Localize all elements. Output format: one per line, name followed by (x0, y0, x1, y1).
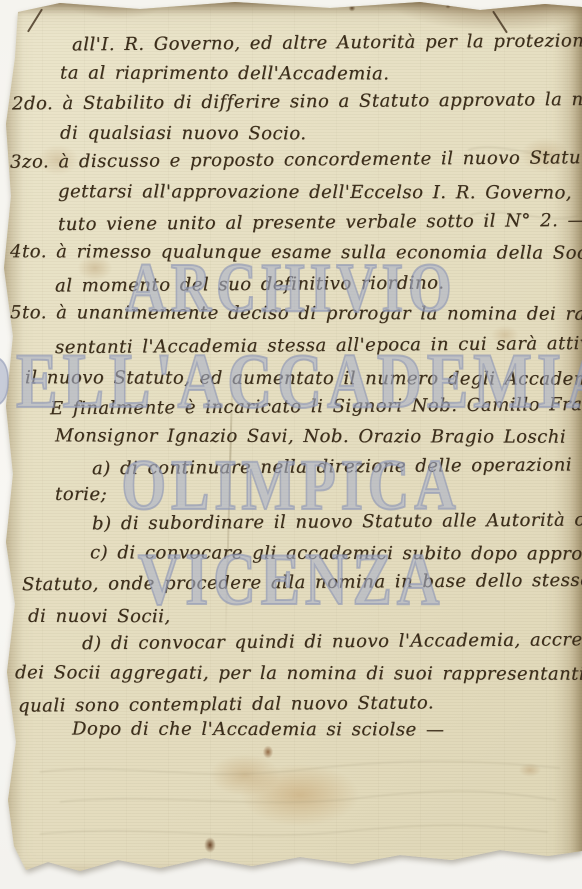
handwriting-line: sentanti l'Accademia stessa all'epoca in… (55, 333, 582, 358)
handwriting-line: al momento del suo definitivo riordino. (55, 272, 444, 296)
handwriting-line: di nuovi Socii, (28, 606, 171, 627)
paper-sheet-wrapper: all'I. R. Governo, ed altre Autorità per… (0, 0, 582, 889)
handwriting-line: di qualsiasi nuovo Socio. (60, 123, 307, 145)
handwriting-line: torie; (55, 484, 107, 505)
handwriting-line: quali sono contemplati dal nuovo Statuto… (18, 692, 434, 716)
handwriting-line: Dopo di che l'Accademia si sciolse — (72, 719, 445, 741)
handwriting-line: E finalmente è incaricato li Signori Nob… (50, 394, 582, 419)
handwriting-line: b) di subordinare il nuovo Statuto alle … (92, 509, 582, 535)
handwriting-line: Statuto, onde procedere alla nomina in b… (22, 570, 582, 595)
handwriting-line: 3zo. à discusso e proposto concordemente… (10, 146, 582, 172)
handwriting-line: c) di convocare gli accademici subito do… (90, 542, 582, 564)
handwriting-line: d) di convocar quindi di nuovo l'Accadem… (82, 629, 582, 654)
handwriting-line: 5to. à unanimemente deciso di prorogar l… (10, 302, 582, 325)
handwriting-line: 2do. à Stabilito di differire sino a Sta… (12, 89, 582, 115)
handwriting-line: tuto viene unito al presente verbale sot… (58, 210, 582, 235)
handwriting-line: dei Socii aggregati, per la nomina di su… (15, 662, 582, 684)
handwriting-line: a) di continuare nella direzione delle o… (92, 454, 582, 479)
handwriting-line: ta al riaprimento dell'Accademia. (60, 63, 390, 85)
handwriting-line: 4to. à rimesso qualunque esame sulla eco… (10, 241, 582, 264)
handwriting-line: all'I. R. Governo, ed altre Autorità per… (72, 30, 582, 56)
handwriting-line: il nuovo Statuto, ed aumentato il numero… (25, 367, 582, 390)
manuscript-paper: all'I. R. Governo, ed altre Autorità per… (0, 0, 582, 889)
handwriting-line: Monsignor Ignazio Savi, Nob. Orazio Brag… (55, 425, 566, 447)
handwriting-line: gettarsi all'approvazione dell'Eccelso I… (58, 181, 582, 204)
